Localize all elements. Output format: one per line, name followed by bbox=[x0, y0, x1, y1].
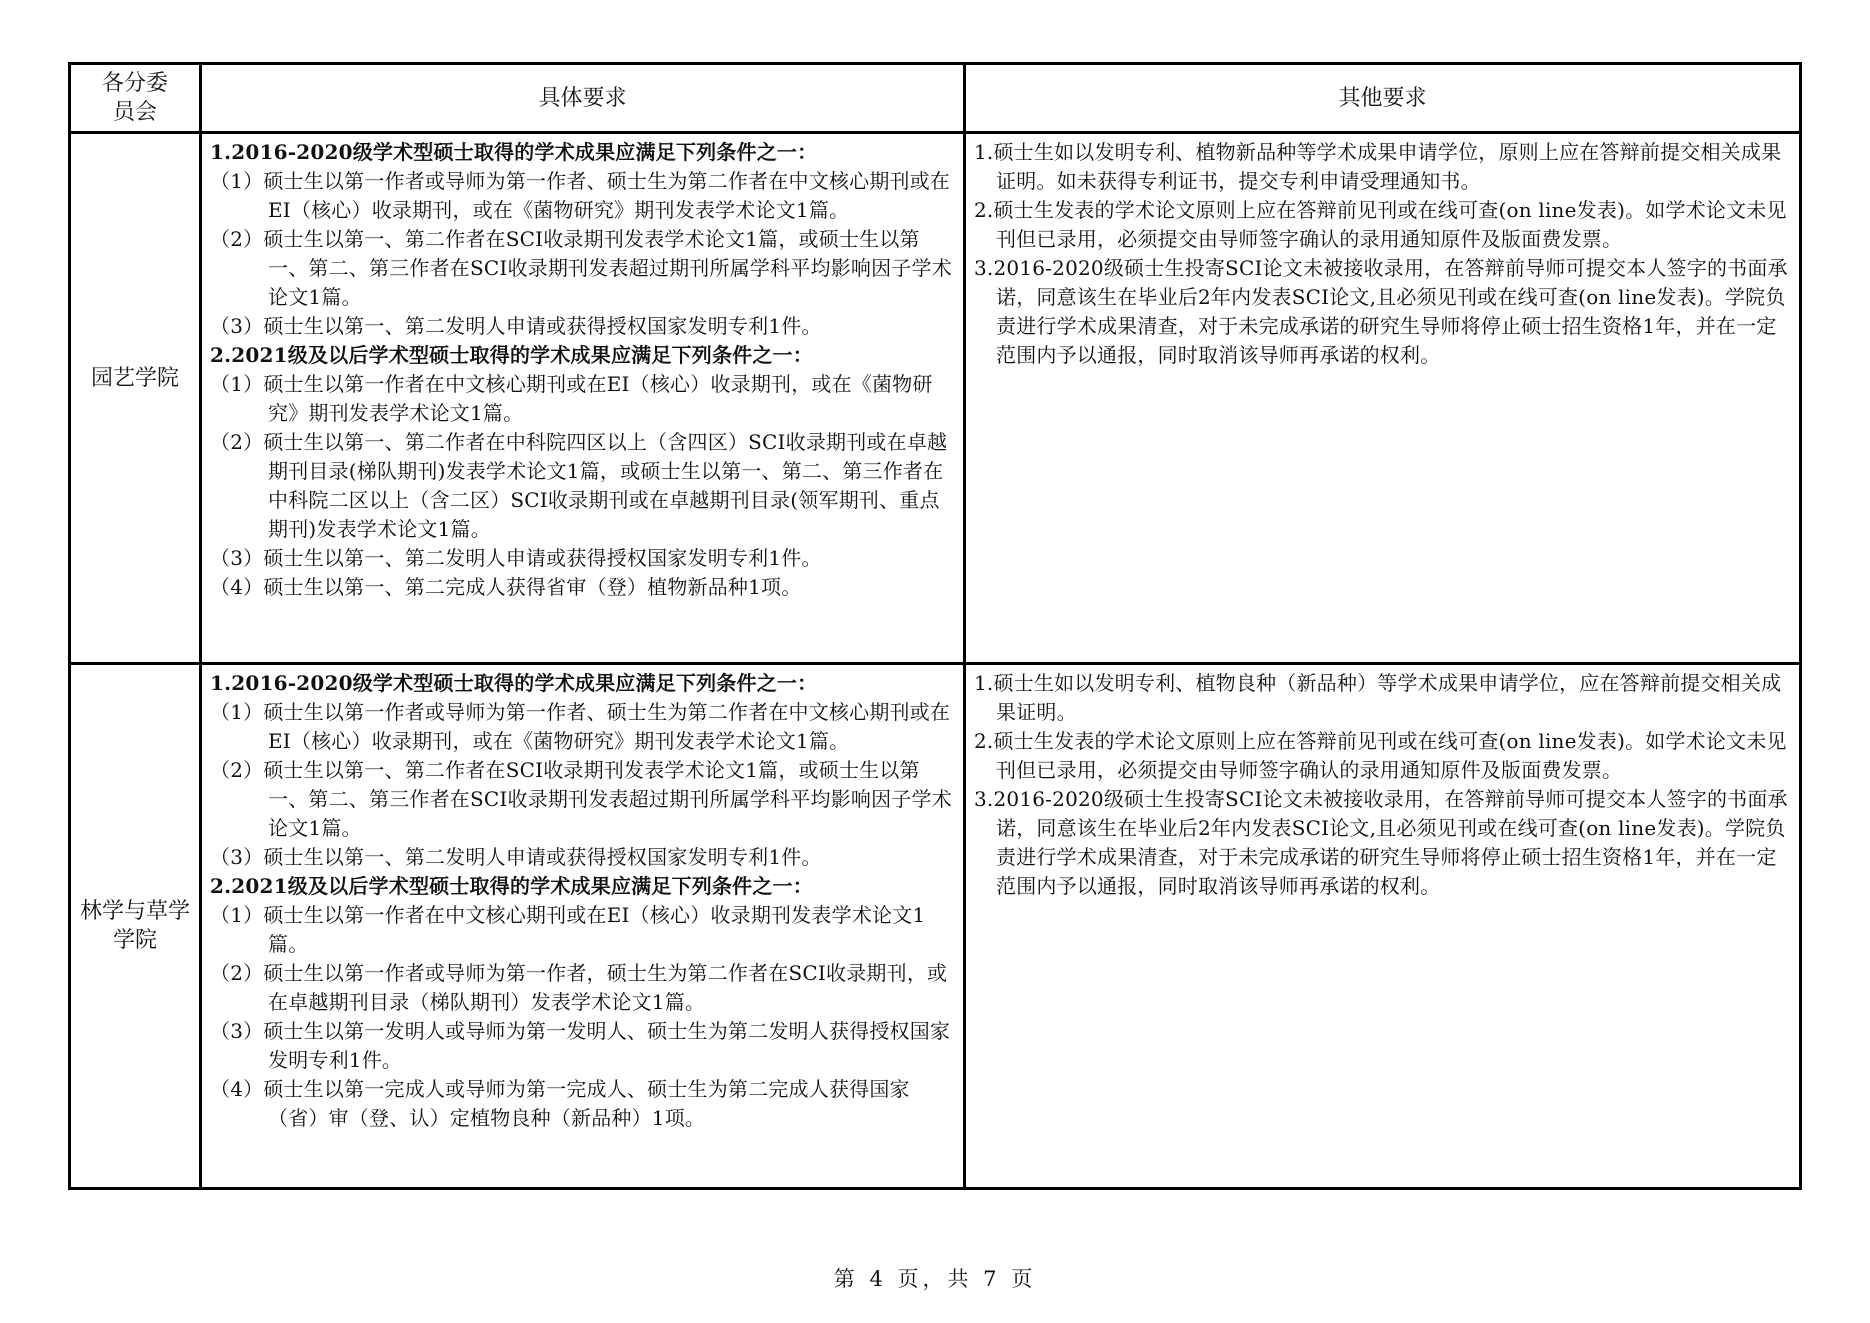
other-requirement-item: 3.2016-2020级硕士生投寄SCI论文未被接收录用，在答辩前导师可提交本人… bbox=[974, 254, 1793, 370]
other-requirements-cell: 1.硕士生如以发明专利、植物良种（新品种）等学术成果申请学位，应在答辩前提交相关… bbox=[965, 664, 1801, 1189]
section-title: 2.2021级及以后学术型硕士取得的学术成果应满足下列条件之一： bbox=[210, 872, 957, 901]
section-title: 1.2016-2020级学术型硕士取得的学术成果应满足下列条件之一： bbox=[210, 138, 957, 167]
requirement-item: （3）硕士生以第一、第二发明人申请或获得授权国家发明专利1件。 bbox=[210, 312, 957, 341]
requirement-item: （3）硕士生以第一、第二发明人申请或获得授权国家发明专利1件。 bbox=[210, 544, 957, 573]
section-title: 1.2016-2020级学术型硕士取得的学术成果应满足下列条件之一： bbox=[210, 669, 957, 698]
table-header-row: 各分委员会 具体要求 其他要求 bbox=[70, 64, 1801, 133]
specific-requirements-cell: 1.2016-2020级学术型硕士取得的学术成果应满足下列条件之一： （1）硕士… bbox=[201, 133, 965, 664]
document-page: 各分委员会 具体要求 其他要求 园艺学院 1.2016-2020级学术型硕士取得… bbox=[0, 0, 1870, 1323]
college-name: 林学与草学学院 bbox=[70, 664, 201, 1189]
requirement-item: （3）硕士生以第一、第二发明人申请或获得授权国家发明专利1件。 bbox=[210, 843, 957, 872]
requirement-item: （2）硕士生以第一、第二作者在SCI收录期刊发表学术论文1篇，或硕士生以第一、第… bbox=[210, 225, 957, 312]
requirement-item: （1）硕士生以第一作者在中文核心期刊或在EI（核心）收录期刊发表学术论文1篇。 bbox=[210, 901, 957, 959]
specific-requirements-cell: 1.2016-2020级学术型硕士取得的学术成果应满足下列条件之一： （1）硕士… bbox=[201, 664, 965, 1189]
requirement-item: （2）硕士生以第一作者或导师为第一作者，硕士生为第二作者在SCI收录期刊，或在卓… bbox=[210, 959, 957, 1017]
requirement-item: （1）硕士生以第一作者或导师为第一作者、硕士生为第二作者在中文核心期刊或在EI（… bbox=[210, 167, 957, 225]
requirement-item: （4）硕士生以第一完成人或导师为第一完成人、硕士生为第二完成人获得国家（省）审（… bbox=[210, 1075, 957, 1133]
header-specific-requirements: 具体要求 bbox=[201, 64, 965, 133]
other-requirement-item: 2.硕士生发表的学术论文原则上应在答辩前见刊或在线可查(on line发表)。如… bbox=[974, 727, 1793, 785]
requirement-item: （2）硕士生以第一、第二作者在中科院四区以上（含四区）SCI收录期刊或在卓越期刊… bbox=[210, 428, 957, 544]
requirement-item: （3）硕士生以第一发明人或导师为第一发明人、硕士生为第二发明人获得授权国家发明专… bbox=[210, 1017, 957, 1075]
table-row: 林学与草学学院 1.2016-2020级学术型硕士取得的学术成果应满足下列条件之… bbox=[70, 664, 1801, 1189]
requirement-item: （1）硕士生以第一作者在中文核心期刊或在EI（核心）收录期刊，或在《菌物研究》期… bbox=[210, 370, 957, 428]
college-name: 园艺学院 bbox=[70, 133, 201, 664]
other-requirement-item: 2.硕士生发表的学术论文原则上应在答辩前见刊或在线可查(on line发表)。如… bbox=[974, 196, 1793, 254]
page-number: 第 4 页，共 7 页 bbox=[0, 1263, 1870, 1293]
other-requirement-item: 3.2016-2020级硕士生投寄SCI论文未被接收录用，在答辩前导师可提交本人… bbox=[974, 785, 1793, 901]
other-requirement-item: 1.硕士生如以发明专利、植物新品种等学术成果申请学位，原则上应在答辩前提交相关成… bbox=[974, 138, 1793, 196]
requirements-table: 各分委员会 具体要求 其他要求 园艺学院 1.2016-2020级学术型硕士取得… bbox=[68, 62, 1802, 1190]
other-requirements-cell: 1.硕士生如以发明专利、植物新品种等学术成果申请学位，原则上应在答辩前提交相关成… bbox=[965, 133, 1801, 664]
section-title: 2.2021级及以后学术型硕士取得的学术成果应满足下列条件之一： bbox=[210, 341, 957, 370]
header-committee: 各分委员会 bbox=[70, 64, 201, 133]
table-row: 园艺学院 1.2016-2020级学术型硕士取得的学术成果应满足下列条件之一： … bbox=[70, 133, 1801, 664]
requirement-item: （4）硕士生以第一、第二完成人获得省审（登）植物新品种1项。 bbox=[210, 573, 957, 602]
header-other-requirements: 其他要求 bbox=[965, 64, 1801, 133]
header-committee-label: 各分委员会 bbox=[100, 69, 170, 127]
requirement-item: （1）硕士生以第一作者或导师为第一作者、硕士生为第二作者在中文核心期刊或在EI（… bbox=[210, 698, 957, 756]
other-requirement-item: 1.硕士生如以发明专利、植物良种（新品种）等学术成果申请学位，应在答辩前提交相关… bbox=[974, 669, 1793, 727]
requirement-item: （2）硕士生以第一、第二作者在SCI收录期刊发表学术论文1篇，或硕士生以第一、第… bbox=[210, 756, 957, 843]
